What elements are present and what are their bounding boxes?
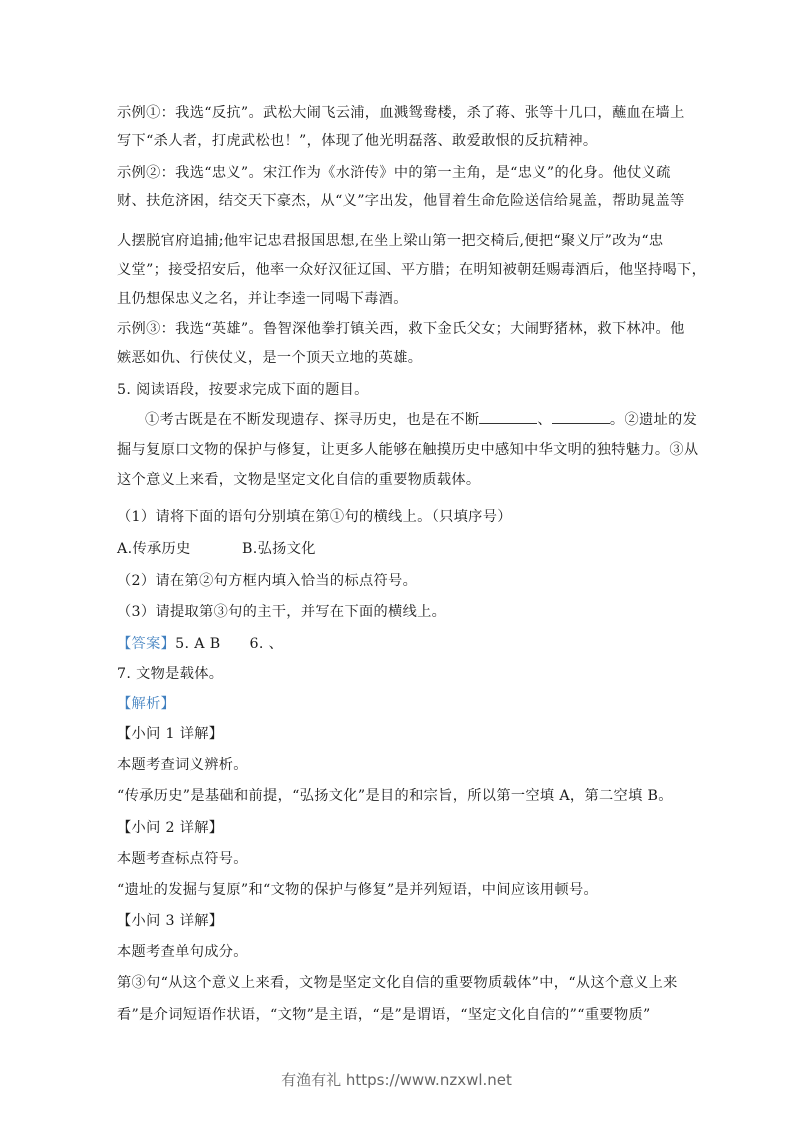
part-2-line-2: “遗址的发掘与复原”和“文物的保护与修复”是并列短语，中间应该用顿号。	[117, 880, 598, 900]
sub-question-1: （1）请将下面的语句分别填在第①句的横线上。（只填序号）	[117, 507, 512, 527]
footer-watermark: 有渔有礼 https://www.nzxwl.net	[0, 1069, 793, 1090]
part-3-line-3: 看”是介词短语作状语，“文物”是主语，“是”是谓语，“坚定文化自信的”“重要物质…	[117, 1005, 651, 1025]
part-3-heading: 【小问 3 详解】	[117, 911, 223, 931]
example-3-line-2: 嫉恶如仇、行侠仗义，是一个顶天立地的英雄。	[117, 348, 422, 368]
example-3-line-1: 示例③：我选“英雄”。鲁智深他拳打镇关西，救下金氏父女；大闹野猪林，救下林冲。他	[117, 319, 685, 339]
example-2-line-3: 人摆脱官府追捕;他牢记忠君报国思想,在坐上梁山第一把交椅后,便把“聚义厅”改为“…	[117, 231, 663, 251]
answer-line: 【答案】5. A B 6. 、	[117, 634, 283, 654]
example-1-line-2: 写下“杀人者，打虎武松也！”，体现了他光明磊落、敢爱敢恨的反抗精神。	[117, 131, 597, 151]
blank-1	[479, 410, 537, 424]
example-2-line-2: 财、扶危济困，结交天下豪杰，从“义”字出发，他冒着生命危险送信给晁盖，帮助晁盖等	[117, 191, 685, 211]
blank-2	[552, 410, 610, 424]
answer-line-2: 7. 文物是载体。	[117, 664, 223, 684]
part-1-heading: 【小问 1 详解】	[117, 724, 223, 744]
passage-line-2: 掘与复原口文物的保护与修复，让更多人能够在触摸历史中感知中华文明的独特魅力。③从	[117, 440, 699, 460]
passage-line-3: 这个意义上来看，文物是坚定文化自信的重要物质载体。	[117, 470, 480, 490]
example-1-line-1: 示例①：我选“反抗”。武松大闹飞云浦，血溅鸳鸯楼，杀了蒋、张等十几口，蘸血在墙上	[117, 103, 685, 123]
option-b: B.弘扬文化	[242, 539, 316, 559]
example-2-line-1: 示例②：我选“忠义”。宋江作为《水浒传》中的第一主角，是“忠义”的化身。他仗义疏	[117, 163, 671, 183]
answer-label: 【答案】	[117, 636, 175, 652]
part-2-heading: 【小问 2 详解】	[117, 818, 223, 838]
part-1-line-1: 本题考查词义辨析。	[117, 755, 248, 775]
example-2-line-4: 义堂”；接受招安后，他率一众好汉征辽国、平方腊；在明知被朝廷赐毒酒后，他坚持喝下…	[117, 260, 706, 280]
example-2-line-5: 且仍想保忠义之名，并让李逵一同喝下毒酒。	[117, 289, 408, 309]
sub-question-3: （3）请提取第③句的主干，并写在下面的横线上。	[117, 602, 446, 622]
part-3-line-2: 第③句“从这个意义上来看，文物是坚定文化自信的重要物质载体”中，“从这个意义上来	[117, 973, 678, 993]
part-2-line-1: 本题考查标点符号。	[117, 849, 248, 869]
part-3-line-1: 本题考查单句成分。	[117, 942, 248, 962]
option-a: A.传承历史	[117, 539, 191, 559]
analysis-label: 【解析】	[117, 694, 175, 714]
passage-line-1: ①考古既是在不断发现遗存、探寻历史，也是在不断、。②遗址的发	[145, 410, 697, 430]
question-title: 5. 阅读语段，按要求完成下面的题目。	[117, 380, 369, 400]
sub-question-2: （2）请在第②句方框内填入恰当的标点符号。	[117, 571, 417, 591]
part-1-line-2: “传承历史”是基础和前提，“弘扬文化”是目的和宗旨，所以第一空填 A，第二空填 …	[117, 786, 673, 806]
